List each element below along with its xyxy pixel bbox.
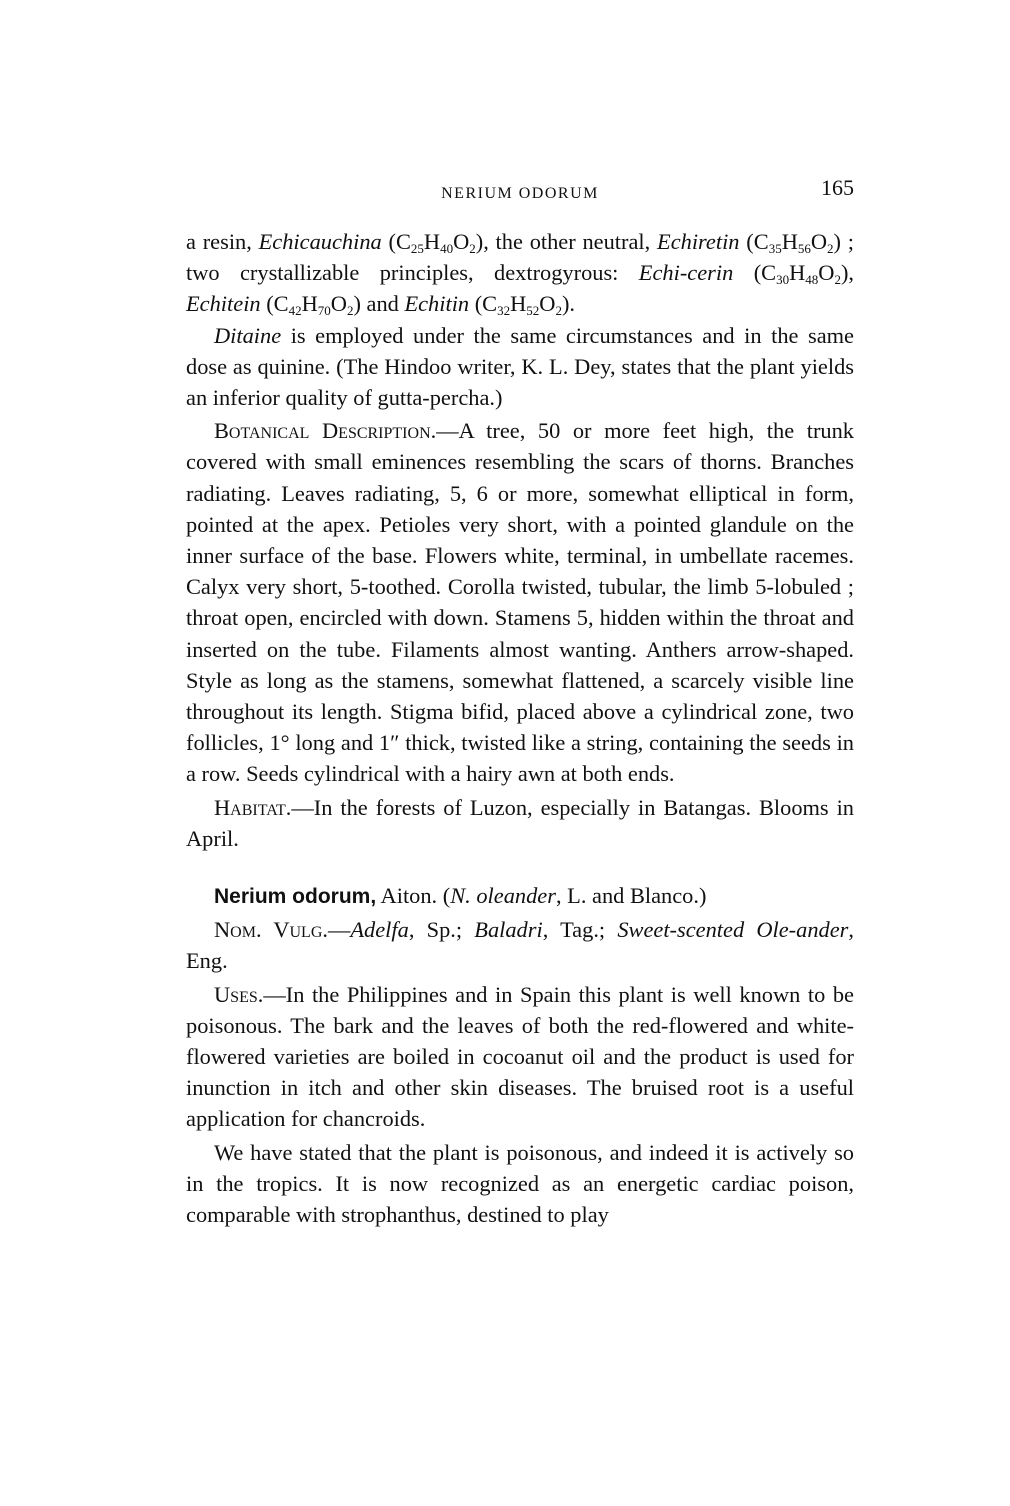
paragraph-common-names: Nom. Vulg.—Adelfa, Sp.; Baladri, Tag.; S… <box>186 914 854 976</box>
species-heading: Nerium odorum, Aiton. (N. oleander, L. a… <box>186 880 854 912</box>
section-label-habitat: Habitat. <box>214 795 291 820</box>
page-number: 165 <box>821 172 854 203</box>
paragraph-ditaine: Ditaine is employed under the same circu… <box>186 320 854 414</box>
page-body: a resin, Echicauchina (C25H40O2), the ot… <box>186 226 854 1230</box>
section-label-uses: Uses. <box>214 982 263 1007</box>
paragraph-cardiac-poison: We have stated that the plant is poisono… <box>186 1137 854 1231</box>
species-name: Nerium odorum, <box>214 885 376 908</box>
section-label-botanical: Botanical Description. <box>214 418 436 443</box>
running-head: NERIUM ODORUM 165 <box>186 172 854 202</box>
paragraph-botanical-description: Botanical Description.—A tree, 50 or mor… <box>186 415 854 789</box>
paragraph-uses: Uses.—In the Philippines and in Spain th… <box>186 979 854 1135</box>
paragraph-chemical-constituents: a resin, Echicauchina (C25H40O2), the ot… <box>186 226 854 320</box>
section-label-nom-vulg: Nom. Vulg. <box>214 917 328 942</box>
running-title: NERIUM ODORUM <box>186 178 854 209</box>
paragraph-habitat: Habitat.—In the forests of Luzon, especi… <box>186 792 854 854</box>
